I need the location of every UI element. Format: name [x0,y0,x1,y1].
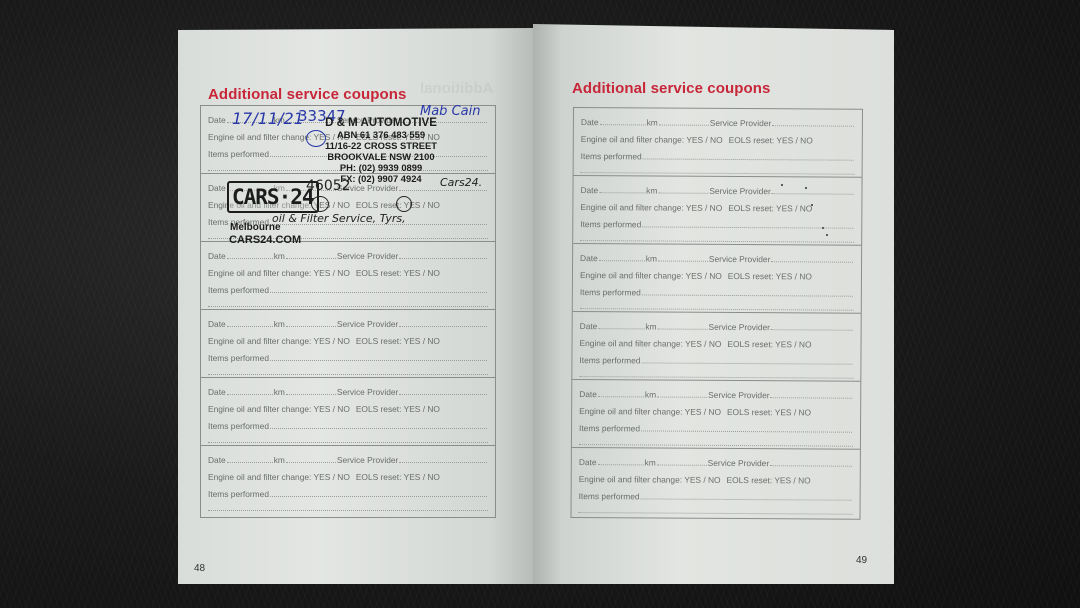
items-field [641,356,852,364]
coupon-line-items: Items performed [208,285,488,295]
items-extra-line [208,368,488,375]
km-label: km [274,319,285,329]
km-field [657,391,707,398]
items-label: Items performed [580,287,641,297]
date-label: Date [208,251,226,261]
items-field [643,152,854,160]
items-label: Items performed [580,219,641,229]
eols-reset-label: EOLS reset: YES / NO [727,339,811,350]
coupon-line-oil: Engine oil and filter change: YES / NO E… [580,270,854,282]
items-label: Items performed [208,489,269,499]
date-label: Date [579,389,597,399]
eols-reset-label: EOLS reset: YES / NO [356,472,440,482]
km-label: km [645,457,656,467]
date-label: Date [208,455,226,465]
items-label: Items performed [208,149,269,159]
km-label: km [274,251,285,261]
items-extra-line [208,436,488,443]
items-extra-line [581,166,855,175]
coupon-line-items: Items performed [579,491,853,503]
km-label: km [274,455,285,465]
service-coupon: Date km Service Provider Engine oil and … [201,310,495,378]
oil-change-label: Engine oil and filter change: YES / NO [208,404,350,414]
km-label: km [647,117,658,127]
km-label: km [645,389,656,399]
items-field [270,286,487,293]
ink-speck [826,234,828,236]
items-label: Items performed [579,491,640,501]
coupon-line-oil: Engine oil and filter change: YES / NO E… [581,134,855,146]
eols-reset-label: EOLS reset: YES / NO [356,404,440,414]
date-label: Date [580,185,598,195]
coupon-line-date: Date km Service Provider [208,455,488,465]
items-extra-line [208,504,488,511]
left-page-title: Additional service coupons [208,86,406,103]
date-label: Date [208,319,226,329]
km-field [658,255,708,262]
bleed-through-title: Additional [420,80,493,97]
items-label: Items performed [208,285,269,295]
items-label: Items performed [579,355,640,365]
coupon-line-date: Date km Service Provider [208,251,488,261]
yes-circle-mark-eols [396,196,412,212]
items-label: Items performed [208,353,269,363]
service-coupon: Date km Service Provider Engine oil and … [572,380,860,450]
coupon-line-date: Date km Service Provider [579,457,853,469]
provider-label: Service Provider [337,319,398,329]
items-extra-line [208,300,488,307]
service-coupon: Date km Service Provider Engine oil and … [574,108,862,178]
provider-field [399,320,487,327]
ink-speck [805,187,807,189]
eols-reset-label: EOLS reset: YES / NO [727,475,811,486]
provider-field [399,252,487,259]
coupon-line-oil: Engine oil and filter change: YES / NO E… [579,406,853,418]
km-label: km [646,185,657,195]
oil-change-label: Engine oil and filter change: YES / NO [579,406,721,417]
provider-label: Service Provider [708,458,770,468]
service-coupon: Date km Service Provider Engine oil and … [201,378,495,446]
date-field [598,458,644,465]
provider-label: Service Provider [337,387,398,397]
km-label: km [646,253,657,263]
workshop-stamp: D & M AUTOMOTIVE ABN 61 376 483 559 11/1… [312,118,450,184]
provider-field [772,187,854,194]
km-field [658,187,708,194]
coupon-line-items: Items performed [580,287,854,299]
stamp-abn: ABN 61 376 483 559 [312,129,450,140]
eols-reset-label: EOLS reset: YES / NO [728,203,812,214]
km-field [286,456,336,463]
coupon-line-oil: Engine oil and filter change: YES / NO E… [579,474,853,486]
provider-label: Service Provider [709,322,771,332]
stamp-website: CARS24.COM [229,235,301,246]
stamp-name: D & M AUTOMOTIVE [312,118,450,129]
eols-reset-label: EOLS reset: YES / NO [727,407,811,418]
date-field [227,252,273,259]
date-label: Date [208,387,226,397]
km-label: km [274,387,285,397]
handwritten-items: oil & Filter Service, Tyrs, [272,212,406,225]
coupon-line-items: Items performed [580,219,854,231]
eols-reset-label: EOLS reset: YES / NO [729,135,813,146]
items-extra-line [579,506,853,515]
coupon-line-date: Date km Service Provider [579,389,853,401]
items-field [642,288,853,296]
coupon-line-items: Items performed [581,151,855,163]
provider-label: Service Provider [710,118,772,128]
coupon-line-date: Date km Service Provider [208,319,488,329]
handwritten-date: 17/11/21 [232,109,304,128]
items-label: Items performed [581,151,642,161]
km-field [286,320,336,327]
stamp-city: Melbourne [230,222,281,233]
eols-reset-label: EOLS reset: YES / NO [728,271,812,282]
items-extra-line [579,438,853,447]
coupon-line-oil: Engine oil and filter change: YES / NO E… [580,338,854,350]
km-field [659,119,709,126]
date-label: Date [208,183,226,193]
items-extra-line [579,370,853,379]
coupon-line-date: Date km Service Provider [581,117,855,129]
cars24-logo-stamp: CARS·24 [227,181,319,213]
date-field [227,320,273,327]
coupon-line-date: Date km Service Provider [580,321,854,333]
coupon-line-items: Items performed [579,355,853,367]
service-coupon: Date km Service Provider Engine oil and … [201,446,495,514]
coupon-line-items: Items performed [208,421,488,431]
provider-field [399,456,487,463]
date-field [599,254,645,261]
eols-reset-label: EOLS reset: YES / NO [356,336,440,346]
yes-circle-mark-oil [311,196,329,212]
date-label: Date [579,457,597,467]
date-field [600,118,646,125]
km-label: km [645,321,656,331]
right-page-title: Additional service coupons [572,80,770,97]
items-extra-line [580,234,854,243]
date-label: Date [581,117,599,127]
provider-field [770,459,852,466]
service-coupon: Date km Service Provider Engine oil and … [572,312,860,382]
coupon-line-items: Items performed [208,489,488,499]
date-field [599,186,645,193]
right-page-number: 49 [856,555,867,566]
stamp-address2: BROOKVALE NSW 2100 [312,151,450,162]
items-field [270,354,487,361]
coupon-line-items: Items performed [579,423,853,435]
items-field [641,492,852,500]
ink-speck [811,204,813,206]
date-label: Date [208,115,226,125]
provider-field [771,323,853,330]
provider-label: Service Provider [709,186,771,196]
ink-speck [781,184,783,186]
coupon-line-oil: Engine oil and filter change: YES / NO E… [208,268,488,278]
items-field [270,490,487,497]
service-coupon: Date km Service Provider Engine oil and … [573,176,861,246]
oil-change-label: Engine oil and filter change: YES / NO [579,474,721,485]
km-field [657,459,707,466]
oil-change-label: Engine oil and filter change: YES / NO [581,134,723,145]
left-page-number: 48 [194,563,205,574]
provider-label: Service Provider [709,254,771,264]
km-field [658,323,708,330]
coupon-line-oil: Engine oil and filter change: YES / NO E… [208,336,488,346]
items-field [270,422,487,429]
service-coupon: Date km Service Provider Engine oil and … [572,448,860,518]
oil-change-label: Engine oil and filter change: YES / NO [580,338,722,349]
coupon-line-oil: Engine oil and filter change: YES / NO E… [208,472,488,482]
service-coupon: Date km Service Provider Engine oil and … [573,244,861,314]
service-coupon: Date km Service Provider Engine oil and … [201,242,495,310]
provider-field [771,391,853,398]
oil-change-label: Engine oil and filter change: YES / NO [580,202,722,213]
coupon-line-date: Date km Service Provider [580,185,854,197]
provider-field [399,388,487,395]
items-extra-line [580,302,854,311]
coupon-line-items: Items performed [208,353,488,363]
provider-label: Service Provider [337,455,398,465]
coupon-line-date: Date km Service Provider [580,253,854,265]
oil-change-label: Engine oil and filter change: YES / NO [208,472,350,482]
items-label: Items performed [208,421,269,431]
handwritten-km-2: 46052 [306,178,351,194]
date-label: Date [580,253,598,263]
date-field [227,388,273,395]
oil-change-label: Engine oil and filter change: YES / NO [208,268,350,278]
stamp-phone: PH: (02) 9939 0899 [312,162,450,173]
ink-speck [822,227,824,229]
date-field [598,390,644,397]
date-field [227,456,273,463]
right-coupon-list: Date km Service Provider Engine oil and … [570,107,863,520]
handwritten-provider: Cars24. [440,176,482,189]
oil-change-label: Engine oil and filter change: YES / NO [580,270,722,281]
stamp-address1: 11/16-22 CROSS STREET [312,140,450,151]
km-field [286,388,336,395]
km-field [286,252,336,259]
date-field [598,322,644,329]
items-label: Items performed [579,423,640,433]
items-field [641,424,852,432]
coupon-line-oil: Engine oil and filter change: YES / NO E… [580,202,854,214]
provider-label: Service Provider [337,251,398,261]
provider-field [772,119,854,126]
oil-change-label: Engine oil and filter change: YES / NO [208,336,350,346]
eols-reset-label: EOLS reset: YES / NO [356,268,440,278]
date-label: Date [580,321,598,331]
coupon-line-oil: Engine oil and filter change: YES / NO E… [208,404,488,414]
provider-field [771,255,853,262]
provider-label: Service Provider [708,390,770,400]
coupon-line-date: Date km Service Provider [208,387,488,397]
